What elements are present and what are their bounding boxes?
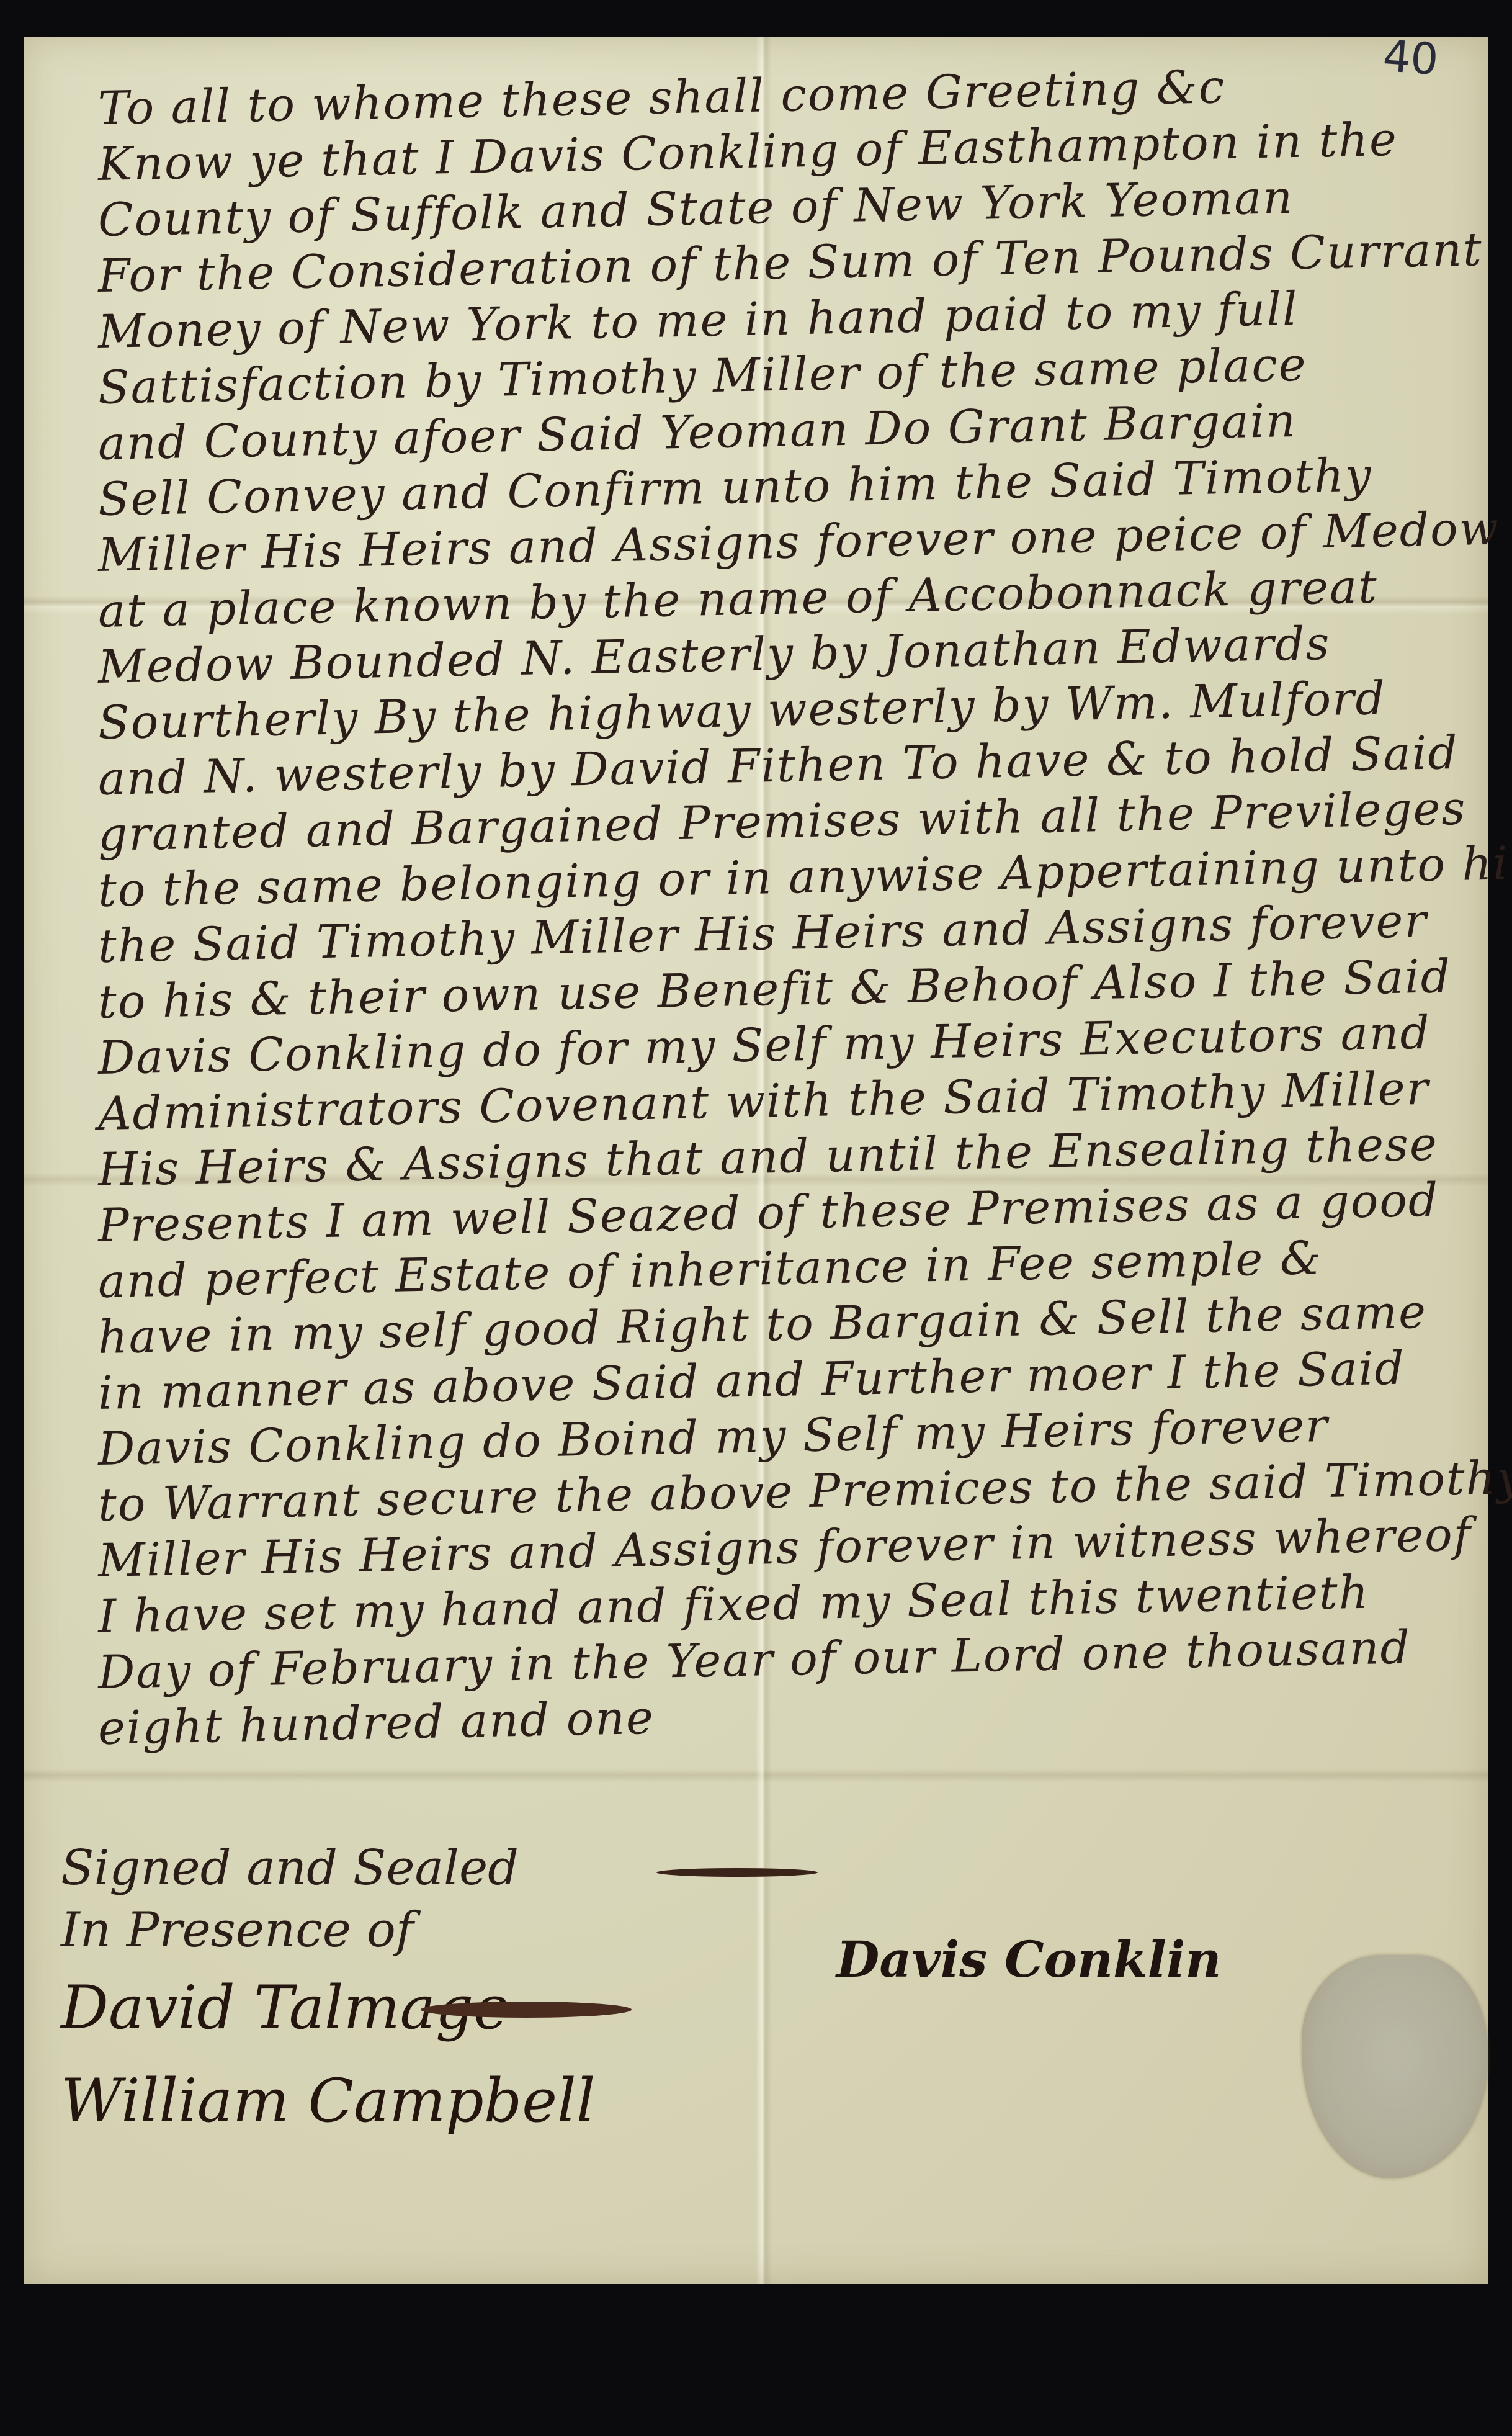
- grantor-signature: Davis Conklin: [836, 1930, 1222, 1989]
- in-presence-of-label: In Presence of: [61, 1899, 595, 1961]
- scan-background: [0, 2284, 1512, 2436]
- attestation-block: Signed and Sealed In Presence of David T…: [61, 1837, 595, 2147]
- wax-seal-icon: [1302, 1955, 1488, 2178]
- signed-and-sealed-label: Signed and Sealed: [61, 1837, 595, 1899]
- presence-flourish: [421, 2002, 632, 2018]
- deed-body: To all to whome these shall come Greetin…: [98, 81, 1463, 1756]
- deed-page: 40 To all to whome these shall come Gree…: [24, 37, 1488, 2284]
- witness-signature: William Campbell: [61, 2054, 595, 2147]
- closing-flourish: [656, 1868, 818, 1877]
